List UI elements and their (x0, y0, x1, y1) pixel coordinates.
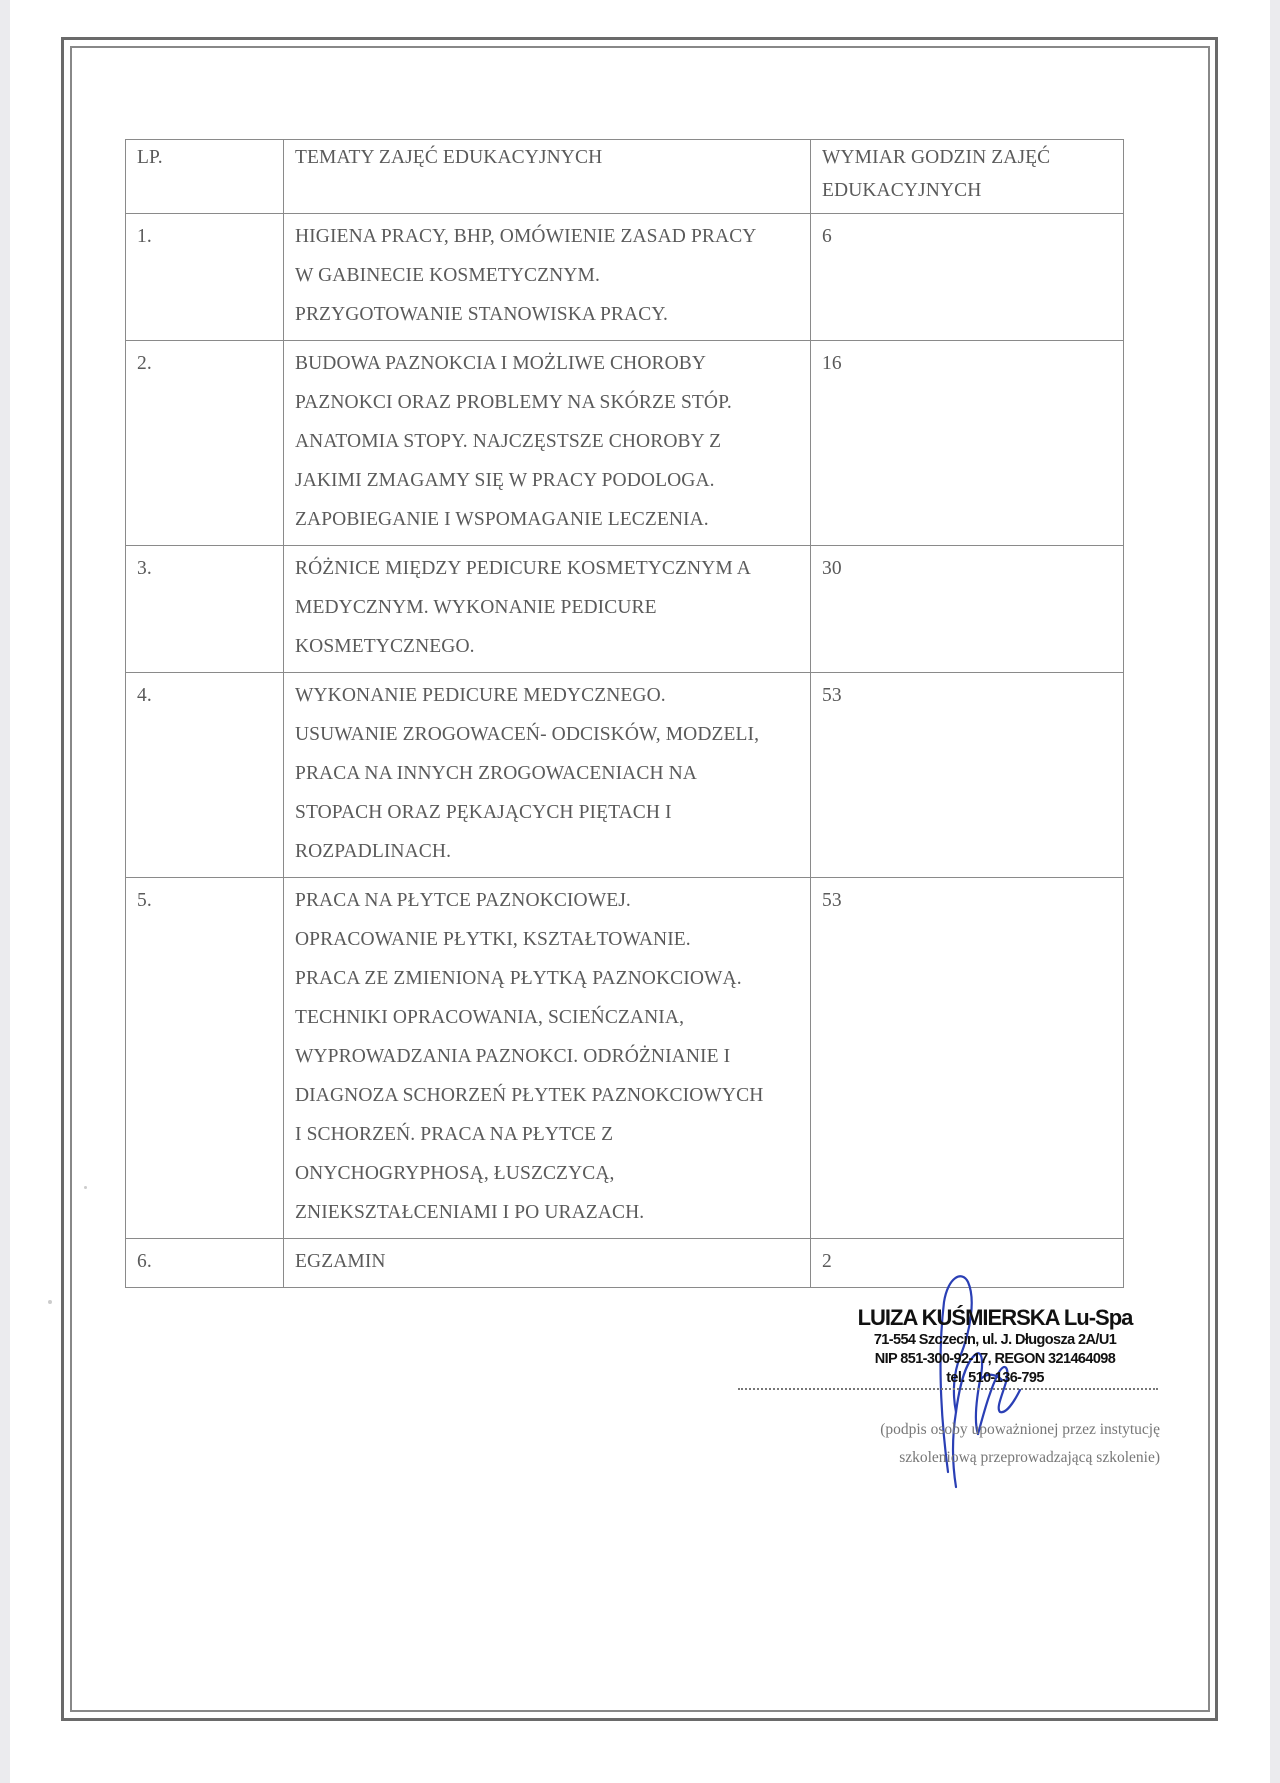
topic-line: HIGIENA PRACY, BHP, OMÓWIENIE ZASAD PRAC… (295, 217, 799, 256)
row-hours: 6 (811, 214, 1124, 341)
topic-line: TECHNIKI OPRACOWANIA, SCIEŃCZANIA, (295, 998, 799, 1037)
table-row: 5.PRACA NA PŁYTCE PAZNOKCIOWEJ.OPRACOWAN… (126, 878, 1124, 1239)
row-hours: 30 (811, 546, 1124, 673)
topic-line: I SCHORZEŃ. PRACA NA PŁYTCE Z (295, 1115, 799, 1154)
signature-caption-line: (podpis osoby upoważnionej przez instytu… (820, 1416, 1160, 1444)
header-hours-line: EDUKACYJNYCH (822, 174, 1112, 207)
row-number: 2. (126, 341, 284, 546)
row-topic: BUDOWA PAZNOKCIA I MOŻLIWE CHOROBYPAZNOK… (284, 341, 811, 546)
topic-line: JAKIMI ZMAGAMY SIĘ W PRACY PODOLOGA. (295, 461, 799, 500)
company-stamp: LUIZA KUŚMIERSKA Lu-Spa 71-554 Szczecin,… (845, 1305, 1145, 1388)
table-row: 3.RÓŻNICE MIĘDZY PEDICURE KOSMETYCZNYM A… (126, 546, 1124, 673)
topic-line: PRACA ZE ZMIENIONĄ PŁYTKĄ PAZNOKCIOWĄ. (295, 959, 799, 998)
row-number: 4. (126, 673, 284, 878)
topic-line: DIAGNOZA SCHORZEŃ PŁYTEK PAZNOKCIOWYCH (295, 1076, 799, 1115)
stamp-company-name: LUIZA KUŚMIERSKA Lu-Spa (845, 1305, 1145, 1331)
topic-line: STOPACH ORAZ PĘKAJĄCYCH PIĘTACH I (295, 793, 799, 832)
topic-line: ZAPOBIEGANIE I WSPOMAGANIE LECZENIA. (295, 500, 799, 539)
table-header-row: LP. TEMATY ZAJĘĆ EDUKACYJNYCH WYMIAR GOD… (126, 140, 1124, 214)
signature-caption-line: szkoleniową przeprowadzającą szkolenie) (820, 1444, 1160, 1472)
table-row: 1.HIGIENA PRACY, BHP, OMÓWIENIE ZASAD PR… (126, 214, 1124, 341)
topic-line: RÓŻNICE MIĘDZY PEDICURE KOSMETYCZNYM A (295, 549, 799, 588)
topic-line: W GABINECIE KOSMETYCZNYM. (295, 256, 799, 295)
topic-line: OPRACOWANIE PŁYTKI, KSZTAŁTOWANIE. (295, 920, 799, 959)
row-number: 5. (126, 878, 284, 1239)
topic-line: PRACA NA INNYCH ZROGOWACENIACH NA (295, 754, 799, 793)
scan-margin-left (0, 0, 10, 1783)
topic-line: WYKONANIE PEDICURE MEDYCZNEGO. (295, 676, 799, 715)
header-lp: LP. (126, 140, 284, 214)
signature-caption: (podpis osoby upoważnionej przez instytu… (820, 1416, 1160, 1472)
topic-line: ANATOMIA STOPY. NAJCZĘSTSZE CHOROBY Z (295, 422, 799, 461)
stamp-address: 71-554 Szczecin, ul. J. Długosza 2A/U1 (845, 1331, 1145, 1350)
topics-table: LP. TEMATY ZAJĘĆ EDUKACYJNYCH WYMIAR GOD… (125, 139, 1124, 1288)
topic-line: ROZPADLINACH. (295, 832, 799, 871)
topic-line: WYPROWADZANIA PAZNOKCI. ODRÓŻNIANIE I (295, 1037, 799, 1076)
row-hours: 53 (811, 673, 1124, 878)
row-topic: HIGIENA PRACY, BHP, OMÓWIENIE ZASAD PRAC… (284, 214, 811, 341)
signature-line (738, 1388, 1158, 1390)
header-topic: TEMATY ZAJĘĆ EDUKACYJNYCH (284, 140, 811, 214)
topic-line: PRZYGOTOWANIE STANOWISKA PRACY. (295, 295, 799, 334)
topic-line: ZNIEKSZTAŁCENIAMI I PO URAZACH. (295, 1193, 799, 1232)
table-row: 2.BUDOWA PAZNOKCIA I MOŻLIWE CHOROBYPAZN… (126, 341, 1124, 546)
scan-artifact (84, 1186, 87, 1189)
topic-line: PAZNOKCI ORAZ PROBLEMY NA SKÓRZE STÓP. (295, 383, 799, 422)
row-topic: WYKONANIE PEDICURE MEDYCZNEGO.USUWANIE Z… (284, 673, 811, 878)
row-hours: 53 (811, 878, 1124, 1239)
row-topic: RÓŻNICE MIĘDZY PEDICURE KOSMETYCZNYM AME… (284, 546, 811, 673)
row-topic: PRACA NA PŁYTCE PAZNOKCIOWEJ.OPRACOWANIE… (284, 878, 811, 1239)
row-topic: EGZAMIN (284, 1239, 811, 1288)
topic-line: BUDOWA PAZNOKCIA I MOŻLIWE CHOROBY (295, 344, 799, 383)
stamp-phone: tel. 510-136-795 (845, 1369, 1145, 1388)
row-number: 6. (126, 1239, 284, 1288)
stamp-tax-ids: NIP 851-300-92-17, REGON 321464098 (845, 1350, 1145, 1369)
topic-line: MEDYCZNYM. WYKONANIE PEDICURE (295, 588, 799, 627)
scan-margin-right (1270, 0, 1280, 1783)
topic-line: KOSMETYCZNEGO. (295, 627, 799, 666)
row-number: 3. (126, 546, 284, 673)
scan-artifact (48, 1300, 52, 1304)
row-hours: 16 (811, 341, 1124, 546)
header-hours-line: WYMIAR GODZIN ZAJĘĆ (822, 141, 1112, 174)
topic-line: USUWANIE ZROGOWACEŃ- ODCISKÓW, MODZELI, (295, 715, 799, 754)
row-number: 1. (126, 214, 284, 341)
topic-line: ONYCHOGRYPHOSĄ, ŁUSZCZYCĄ, (295, 1154, 799, 1193)
topic-line: EGZAMIN (295, 1242, 799, 1281)
table-row: 4.WYKONANIE PEDICURE MEDYCZNEGO.USUWANIE… (126, 673, 1124, 878)
topic-line: PRACA NA PŁYTCE PAZNOKCIOWEJ. (295, 881, 799, 920)
header-hours: WYMIAR GODZIN ZAJĘĆ EDUKACYJNYCH (811, 140, 1124, 214)
